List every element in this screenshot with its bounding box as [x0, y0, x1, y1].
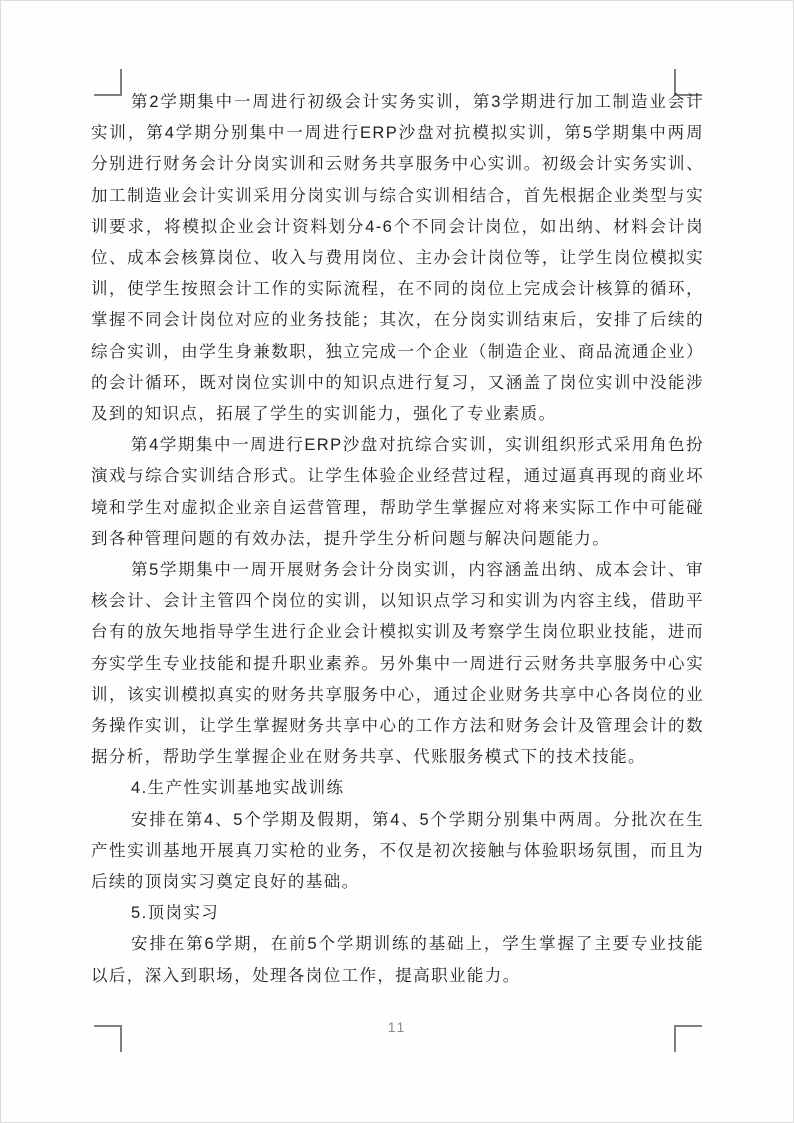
- paragraph-internship: 安排在第6学期，在前5个学期训练的基础上，学生掌握了主要专业技能以后，深入到职场…: [91, 929, 704, 991]
- section-heading-5-internship: 5.顶岗实习: [91, 898, 704, 929]
- paragraph-production-base: 安排在第4、5个学期及假期，第4、5个学期分别集中两周。分批次在生产性实训基地开…: [91, 805, 704, 899]
- paragraph-semester-overview: 第2学期集中一周进行初级会计实务实训，第3学期进行加工制造业会计实训，第4学期分…: [91, 87, 704, 430]
- paragraph-erp-sandbox: 第4学期集中一周进行ERP沙盘对抗综合实训，实训组织形式采用角色扮演戏与综合实训…: [91, 430, 704, 555]
- section-heading-4-production-training: 4.生产性实训基地实战训练: [91, 773, 704, 804]
- document-body: 第2学期集中一周进行初级会计实务实训，第3学期进行加工制造业会计实训，第4学期分…: [91, 87, 704, 992]
- paragraph-semester5-training: 第5学期集中一周开展财务会计分岗实训，内容涵盖出纳、成本会计、审核会计、会计主管…: [91, 555, 704, 773]
- document-page: 第2学期集中一周进行初级会计实务实训，第3学期进行加工制造业会计实训，第4学期分…: [0, 0, 794, 1123]
- page-number: 11: [1, 1019, 793, 1035]
